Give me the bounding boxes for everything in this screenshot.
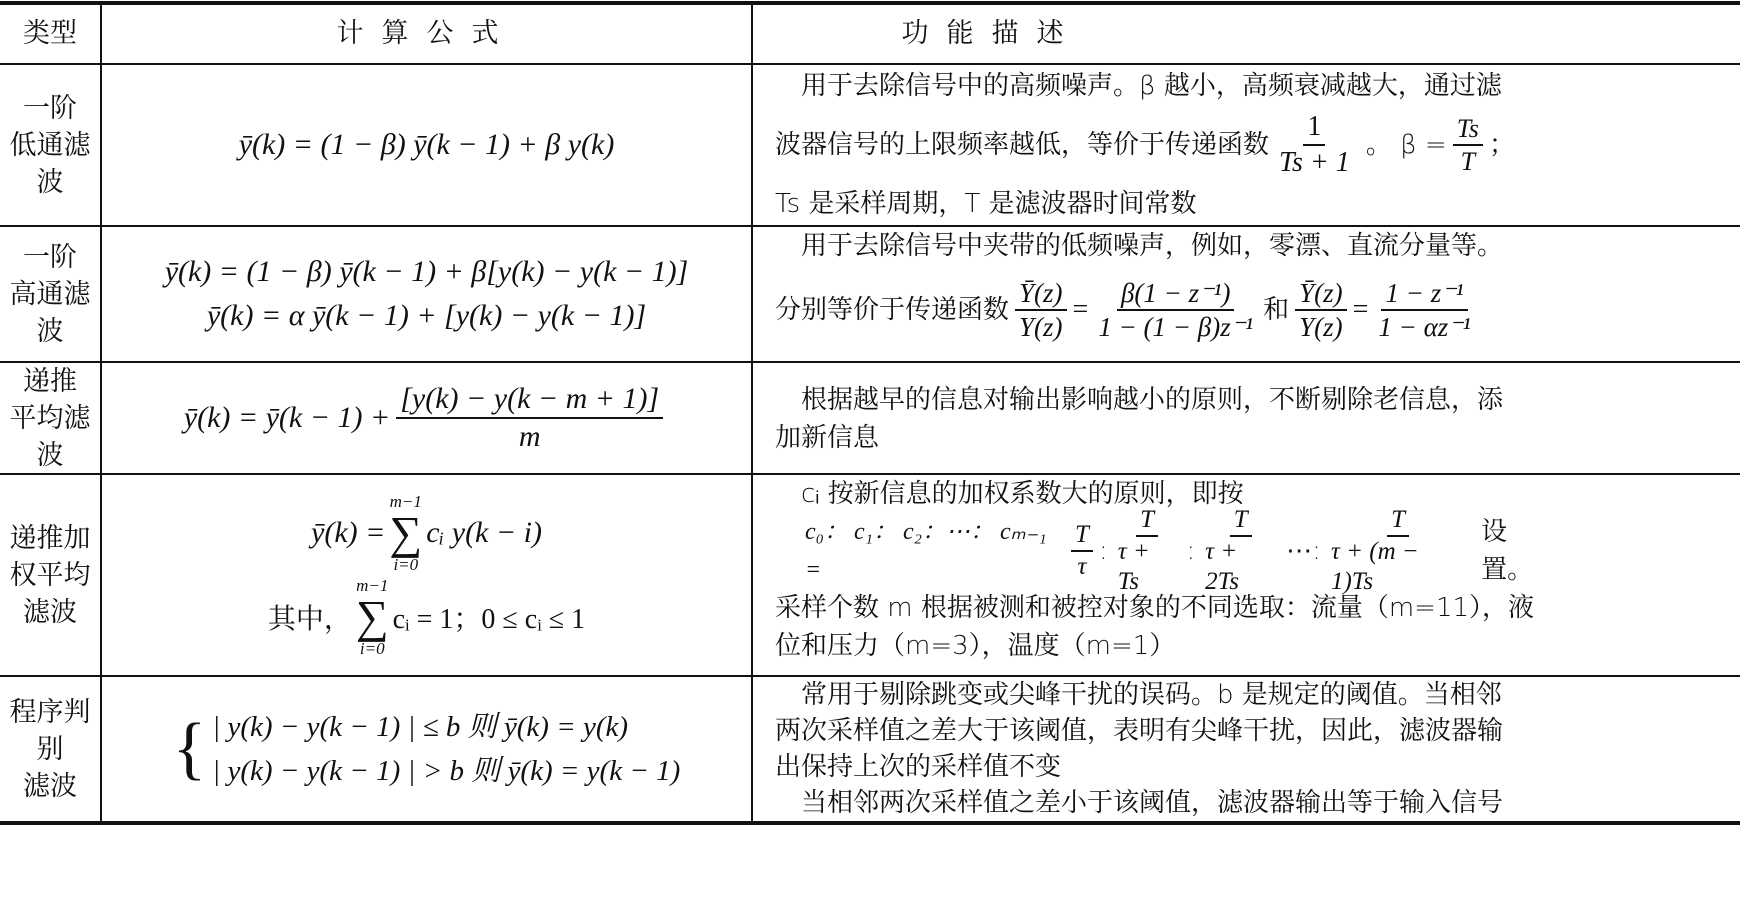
desc-text: 波器信号的上限频率越低，等价于传递函数 bbox=[775, 126, 1269, 164]
frac-num: Ȳ(z) bbox=[1015, 277, 1067, 311]
formula-moving-average: ȳ(k) = ȳ(k − 1) + [y(k) − y(k − m + 1)] … bbox=[102, 363, 751, 473]
type-line: 波 bbox=[10, 313, 91, 350]
ratio-lhs: c₀： c₁： c₂：⋯： cₘ₋₁ = bbox=[805, 513, 1065, 589]
row-type-weighted-average: 递推加 权平均 滤波 bbox=[0, 475, 100, 675]
frac-num: 1 − z⁻¹ bbox=[1381, 277, 1467, 311]
desc-line: 用于去除信号中夹带的低频噪声，例如，零漂、直流分量等。 bbox=[775, 227, 1558, 265]
brace-icon: { bbox=[173, 714, 207, 784]
row-type-highpass: 一阶 高通滤 波 bbox=[0, 227, 100, 361]
desc-line: 当相邻两次采样值之差小于该阈值，滤波器输出等于输入信号 bbox=[775, 785, 1558, 821]
frac-num: [y(k) − y(k − m + 1)] bbox=[396, 381, 663, 419]
formula-program-judgment: { | y(k) − y(k − 1) | ≤ b 则 ȳ(k) = y(k) … bbox=[102, 677, 751, 821]
desc-text: 分别等价于传递函数 bbox=[775, 291, 1009, 329]
desc-line: 位和压力（m=3），温度（m=1） bbox=[775, 627, 1558, 665]
frac-den: Y(z) bbox=[1295, 311, 1347, 343]
frac-den: Ts + 1 bbox=[1275, 146, 1354, 180]
desc-text: 和 bbox=[1263, 291, 1289, 329]
desc-line: 用于去除信号中的高频噪声。β 越小，高频衰减越大，通过滤 bbox=[775, 67, 1558, 105]
frac-num: T bbox=[1230, 505, 1252, 537]
type-line: 一阶 bbox=[10, 239, 91, 276]
sum-symbol: m−1 ∑ i=0 bbox=[356, 577, 389, 657]
formula-lhs: ȳ(k) = bbox=[311, 516, 385, 550]
ratio-fraction: T τ + 2Ts bbox=[1201, 505, 1280, 597]
type-line: 平均滤 bbox=[10, 400, 91, 437]
row-type-program-judgment: 程序判 别 滤波 bbox=[0, 677, 100, 821]
frac-den: τ + Ts bbox=[1114, 537, 1181, 597]
header-formula: 计算公式 bbox=[102, 5, 751, 63]
frac-num: β(1 − z⁻¹) bbox=[1117, 277, 1235, 311]
tf2-rhs: 1 − z⁻¹ 1 − αz⁻¹ bbox=[1374, 277, 1474, 344]
sum-symbol: m−1 ∑ i=0 bbox=[389, 493, 422, 573]
tf2-lhs: Ȳ(z) Y(z) bbox=[1295, 277, 1347, 344]
desc-line: 加新信息 bbox=[775, 419, 1558, 457]
type-line: 权平均 bbox=[10, 557, 91, 594]
frac-num: Ȳ(z) bbox=[1295, 277, 1347, 311]
desc-highpass: 用于去除信号中夹带的低频噪声，例如，零漂、直流分量等。 分别等价于传递函数 Ȳ(… bbox=[753, 227, 1568, 361]
case-block: { | y(k) − y(k − 1) | ≤ b 则 ȳ(k) = y(k) … bbox=[173, 705, 681, 793]
sigma-icon: ∑ bbox=[356, 594, 389, 640]
formula-line: ȳ(k) = α ȳ(k − 1) + [y(k) − y(k − 1)] bbox=[207, 294, 646, 338]
desc-program-judgment: 常用于剔除跳变或尖峰干扰的误码。b 是规定的阈值。当相邻 两次采样值之差大于该阈… bbox=[753, 677, 1568, 821]
frac-num: 1 bbox=[1303, 110, 1325, 146]
desc-line: 常用于剔除跳变或尖峰干扰的误码。b 是规定的阈值。当相邻 bbox=[775, 677, 1558, 713]
type-line: 递推 bbox=[10, 363, 91, 400]
equals-sign: = bbox=[1353, 291, 1369, 329]
ratio-fraction: T τ + Ts bbox=[1114, 505, 1181, 597]
frac-den: Y(z) bbox=[1015, 311, 1067, 343]
ratio-fraction: T τ bbox=[1071, 520, 1093, 582]
type-line: 别 bbox=[10, 731, 91, 768]
desc-moving-average: 根据越早的信息对输出影响越小的原则，不断剔除老信息，添 加新信息 bbox=[753, 363, 1568, 473]
type-line: 高通滤 bbox=[10, 276, 91, 313]
formula-line: ȳ(k) = (1 − β) ȳ(k − 1) + β y(k) bbox=[239, 128, 615, 162]
desc-lowpass: 用于去除信号中的高频噪声。β 越小，高频衰减越大，通过滤 波器信号的上限频率越低… bbox=[753, 65, 1568, 225]
ratio-fraction: T τ + (m − 1)Ts bbox=[1327, 505, 1469, 597]
sum-lower: i=0 bbox=[360, 640, 385, 657]
desc-text: 设置。 bbox=[1481, 513, 1558, 589]
formula-weighted-average: ȳ(k) = m−1 ∑ i=0 cᵢ y(k − i) 其中， m−1 ∑ i… bbox=[102, 475, 751, 675]
frac-den: 1 − αz⁻¹ bbox=[1374, 311, 1474, 343]
frac-num: T bbox=[1136, 505, 1158, 537]
header-description: 功能描述 bbox=[753, 5, 1740, 63]
frac-num: T bbox=[1071, 520, 1093, 552]
sigma-icon: ∑ bbox=[389, 510, 422, 556]
type-line: 滤波 bbox=[10, 768, 91, 805]
frac-den: T bbox=[1457, 146, 1479, 177]
frac-den: τ bbox=[1074, 552, 1091, 582]
frac-den: m bbox=[515, 419, 545, 455]
formula-fraction: [y(k) − y(k − m + 1)] m bbox=[396, 381, 663, 455]
frac-den: τ + (m − 1)Ts bbox=[1327, 537, 1469, 597]
type-line: 滤波 bbox=[10, 594, 91, 631]
equals-sign: = bbox=[1073, 291, 1089, 329]
type-line: 程序判 bbox=[10, 694, 91, 731]
formula-lhs: ȳ(k) = ȳ(k − 1) + bbox=[184, 401, 390, 435]
formula-lowpass: ȳ(k) = (1 − β) ȳ(k − 1) + β y(k) bbox=[102, 65, 751, 225]
type-line: 波 bbox=[10, 437, 91, 474]
ratio-ellipsis: ⋯: bbox=[1286, 532, 1321, 570]
tf1-rhs: β(1 − z⁻¹) 1 − (1 − β)z⁻¹ bbox=[1094, 277, 1257, 344]
type-line: 波 bbox=[10, 164, 91, 201]
beta-fraction: Ts T bbox=[1453, 113, 1483, 177]
tf1-lhs: Ȳ(z) Y(z) bbox=[1015, 277, 1067, 344]
transfer-function: 1 Ts + 1 bbox=[1275, 110, 1354, 179]
desc-line: 两次采样值之差大于该阈值，表明有尖峰干扰，因此，滤波器输 bbox=[775, 713, 1558, 749]
case-line: | y(k) − y(k − 1) | ≤ b 则 ȳ(k) = y(k) bbox=[212, 705, 680, 749]
desc-weighted-average: cᵢ 按新信息的加权系数大的原则，即按 c₀： c₁： c₂：⋯： cₘ₋₁ =… bbox=[753, 475, 1568, 675]
desc-line: 出保持上次的采样值不变 bbox=[775, 749, 1558, 785]
type-line: 递推加 bbox=[10, 520, 91, 557]
type-line: 一阶 bbox=[10, 90, 91, 127]
formula-text: 其中， bbox=[268, 597, 352, 637]
desc-line: 采样个数 m 根据被测和被控对象的不同选取：流量（m=11），液 bbox=[775, 589, 1558, 627]
type-line: 低通滤 bbox=[10, 127, 91, 164]
row-type-lowpass: 一阶 低通滤 波 bbox=[0, 65, 100, 225]
frac-num: Ts bbox=[1453, 113, 1483, 146]
header-type: 类型 bbox=[0, 5, 100, 63]
frac-den: τ + 2Ts bbox=[1201, 537, 1280, 597]
frac-den: 1 − (1 − β)z⁻¹ bbox=[1094, 311, 1257, 343]
row-type-moving-average: 递推 平均滤 波 bbox=[0, 363, 100, 473]
ratio-colon: : bbox=[1186, 532, 1195, 570]
formula-rhs: cᵢ y(k − i) bbox=[426, 516, 542, 550]
formula-rhs: cᵢ = 1；0 ≤ cᵢ ≤ 1 bbox=[393, 597, 586, 637]
formula-highpass: ȳ(k) = (1 − β) ȳ(k − 1) + β[y(k) − y(k −… bbox=[102, 227, 751, 361]
frac-num: T bbox=[1387, 505, 1409, 537]
table-bottom-rule bbox=[0, 821, 1740, 825]
case-line: | y(k) − y(k − 1) | > b 则 ȳ(k) = y(k − 1… bbox=[212, 749, 680, 793]
desc-text: 。 β = bbox=[1366, 126, 1447, 164]
sum-lower: i=0 bbox=[393, 556, 418, 573]
formula-line: ȳ(k) = (1 − β) ȳ(k − 1) + β[y(k) − y(k −… bbox=[165, 250, 689, 294]
desc-line: Ts 是采样周期，T 是滤波器时间常数 bbox=[775, 185, 1558, 223]
desc-text: ； bbox=[1489, 126, 1515, 164]
ratio-colon: : bbox=[1099, 532, 1108, 570]
desc-line: 根据越早的信息对输出影响越小的原则，不断剔除老信息，添 bbox=[775, 381, 1558, 419]
